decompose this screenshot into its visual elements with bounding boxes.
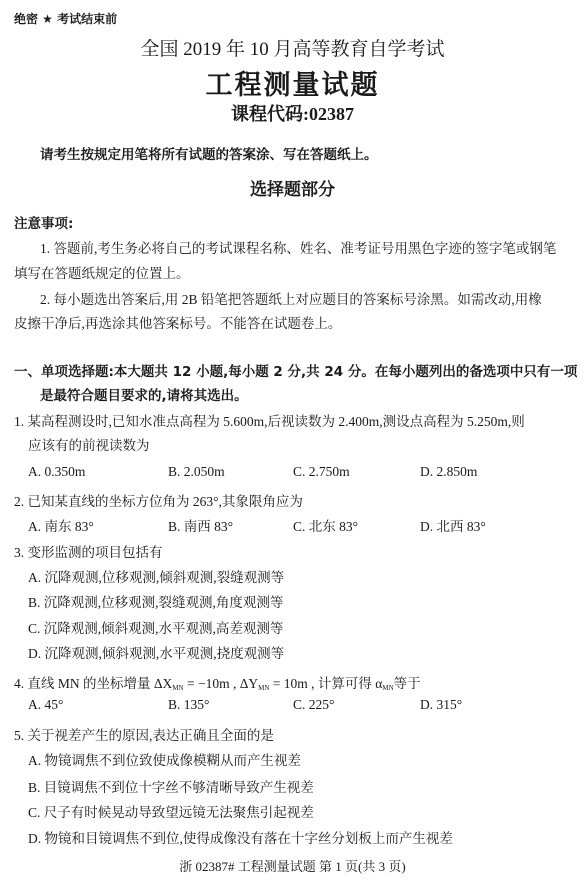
answer-instruction: 请考生按规定用笔将所有试题的答案涂、写在答题纸上。 — [40, 143, 378, 163]
section-heading: 一、单项选择题:本大题共 12 小题,每小题 2 分,共 24 分。在每小题列出… — [14, 360, 577, 380]
part-title: 选择题部分 — [0, 175, 585, 200]
subject-title: 工程测量试题 — [0, 63, 585, 102]
subscript: MN — [258, 684, 269, 692]
question-stem: 2. 已知某直线的坐标方位角为 263°,其象限角应为 — [14, 490, 303, 510]
stem-part: = 10m , 计算可得 α — [269, 676, 382, 691]
stem-part: 等于 — [394, 676, 421, 691]
option-c: C. 沉降观测,倾斜观测,水平观测,高差观测等 — [28, 617, 283, 637]
option-d: D. 北西 83° — [420, 515, 486, 535]
option-b: B. 沉降观测,位移观测,裂缝观测,角度观测等 — [28, 591, 283, 611]
option-c: C. 225° — [293, 697, 334, 713]
option-d: D. 物镜和目镜调焦不到位,使得成像没有落在十字丝分划板上而产生视差 — [28, 827, 453, 847]
option-a: A. 沉降观测,位移观测,倾斜观测,裂缝观测等 — [28, 566, 284, 586]
note-line: 1. 答题前,考生务必将自己的考试课程名称、姓名、准考证号用黑色字迹的签字笔或钢… — [40, 237, 556, 257]
option-c: C. 北东 83° — [293, 515, 358, 535]
option-a: A. 南东 83° — [28, 515, 94, 535]
option-c: C. 尺子有时候晃动导致望远镜无法聚焦引起视差 — [28, 801, 314, 821]
stem-part: 4. 直线 MN 的坐标增量 ΔX — [14, 676, 172, 691]
option-d: D. 2.850m — [420, 464, 477, 480]
note-line: 皮擦干净后,再选涂其他答案标号。不能答在试题卷上。 — [14, 312, 341, 332]
option-b: B. 2.050m — [168, 464, 225, 480]
question-stem-cont: 应该有的前视读数为 — [28, 434, 150, 454]
option-a: A. 0.350m — [28, 464, 85, 480]
course-code: 课程代码:02387 — [0, 100, 585, 126]
section-heading-cont: 是最符合题目要求的,请将其选出。 — [40, 384, 248, 404]
option-d: D. 沉降观测,倾斜观测,水平观测,挠度观测等 — [28, 642, 284, 662]
question-stem: 3. 变形监测的项目包括有 — [14, 541, 163, 561]
option-b: B. 135° — [168, 697, 209, 713]
exam-title: 全国 2019 年 10 月高等教育自学考试 — [0, 34, 585, 61]
stem-part: = −10m , ΔY — [184, 676, 259, 691]
question-stem: 5. 关于视差产生的原因,表达正确且全面的是 — [14, 724, 274, 744]
question-stem: 4. 直线 MN 的坐标增量 ΔXMN = −10m , ΔYMN = 10m … — [14, 672, 421, 692]
subscript: MN — [172, 684, 183, 692]
option-a: A. 45° — [28, 697, 63, 713]
notes-heading: 注意事项: — [14, 212, 73, 232]
option-d: D. 315° — [420, 697, 462, 713]
page-footer: 浙 02387# 工程测量试题 第 1 页(共 3 页) — [0, 856, 585, 875]
question-stem: 1. 某高程测设时,已知水准点高程为 5.600m,后视读数为 2.400m,测… — [14, 410, 525, 430]
subscript: MN — [382, 684, 393, 692]
option-b: B. 南西 83° — [168, 515, 233, 535]
option-c: C. 2.750m — [293, 464, 350, 480]
note-line: 填写在答题纸规定的位置上。 — [14, 262, 190, 282]
option-a: A. 物镜调焦不到位致使成像模糊从而产生视差 — [28, 749, 301, 769]
option-b: B. 目镜调焦不到位十字丝不够清晰导致产生视差 — [28, 776, 314, 796]
confidential-label: 绝密 ★ 考试结束前 — [14, 10, 117, 27]
note-line: 2. 每小题选出答案后,用 2B 铅笔把答题纸上对应题目的答案标号涂黑。如需改动… — [40, 288, 542, 308]
